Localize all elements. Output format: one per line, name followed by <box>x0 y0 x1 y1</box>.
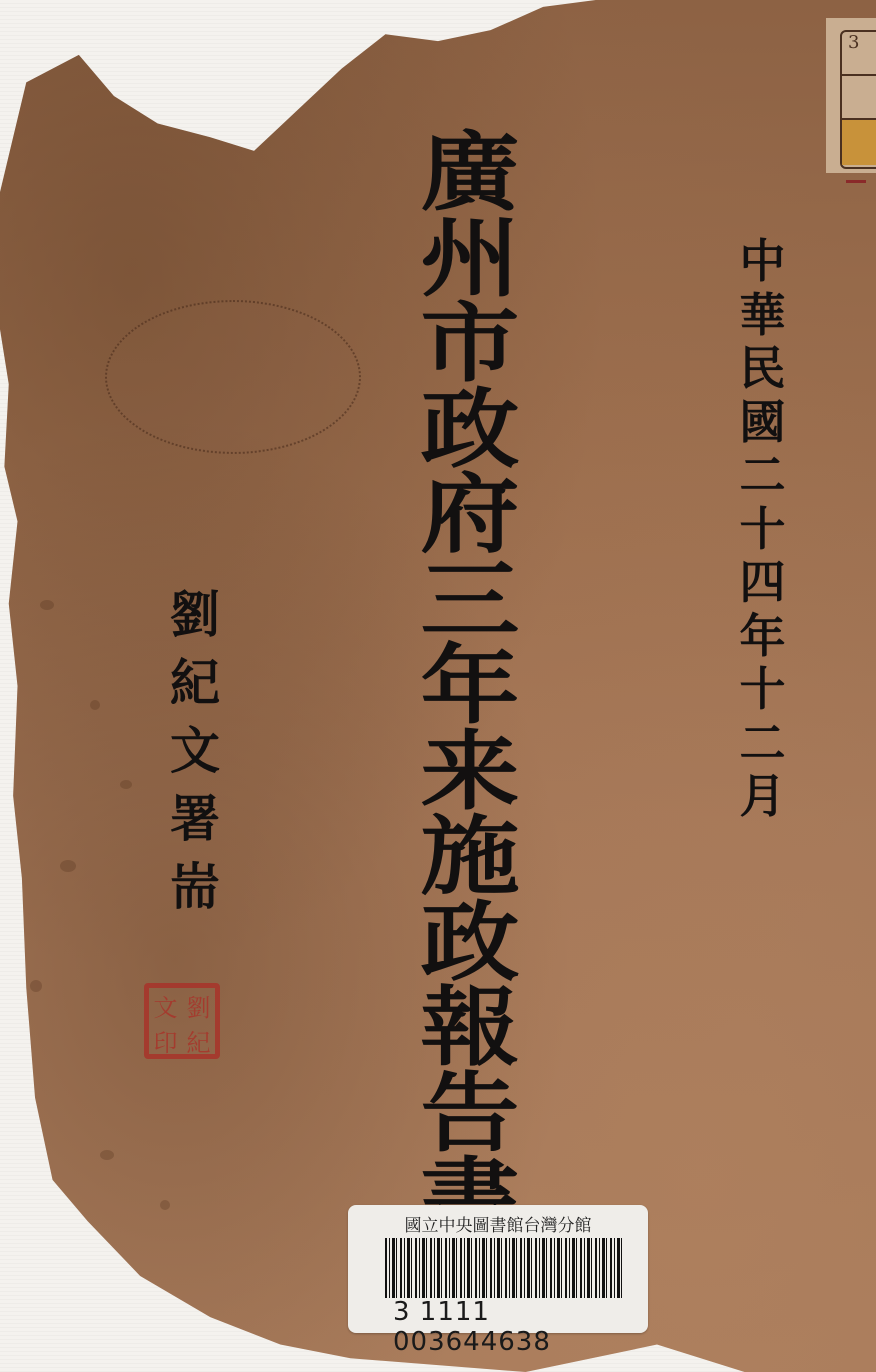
title-char: 報 <box>421 985 520 1071</box>
date-char: 華 <box>740 292 786 346</box>
library-barcode-label: 國立中央圖書館台灣分館 3 1111 003644638 <box>348 1205 648 1333</box>
tag-cell <box>842 76 876 120</box>
author-char: 劉 <box>170 590 220 658</box>
title-char: 告 <box>421 1071 520 1157</box>
stain <box>30 980 42 992</box>
title-char: 政 <box>421 900 520 986</box>
date-char: 十 <box>740 506 786 560</box>
stain <box>160 1200 170 1210</box>
title-char: 州 <box>421 216 520 302</box>
red-seal-stamp: 文 劉 印 紀 <box>144 983 220 1059</box>
author-char: 耑 <box>170 862 220 930</box>
book-title: 廣 州 市 政 府 三 年 来 施 政 報 告 書 <box>390 130 550 1242</box>
barcode-number: 3 1111 003644638 <box>393 1297 648 1357</box>
stain <box>90 700 100 710</box>
title-char: 府 <box>421 472 520 558</box>
title-char: 施 <box>421 814 520 900</box>
date-char: 國 <box>740 399 786 453</box>
date-char: 四 <box>740 559 786 613</box>
red-mark <box>846 180 866 183</box>
seal-char: 印 <box>149 1023 182 1058</box>
barcode-icon <box>385 1238 625 1298</box>
date-char: 月 <box>740 773 786 827</box>
stain <box>100 1150 114 1160</box>
date-char: 十 <box>740 666 786 720</box>
date-char: 民 <box>740 345 786 399</box>
title-char: 三 <box>421 558 520 644</box>
title-char: 政 <box>421 387 520 473</box>
author-char: 署 <box>170 794 220 862</box>
seal-char: 劉 <box>182 988 215 1023</box>
title-char: 市 <box>421 301 520 387</box>
author-char: 文 <box>170 726 220 794</box>
corner-library-tag: 3 <box>826 18 876 173</box>
author-char: 紀 <box>170 658 220 726</box>
title-char: 来 <box>421 729 520 815</box>
title-char: 年 <box>421 643 520 729</box>
tag-box: 3 <box>840 30 876 169</box>
stain <box>40 600 54 610</box>
stain <box>60 860 76 872</box>
faded-oval-stamp <box>105 300 361 454</box>
tag-number: 3 <box>842 32 876 76</box>
seal-char: 紀 <box>182 1023 215 1058</box>
date-char: 年 <box>740 613 786 667</box>
library-name: 國立中央圖書館台灣分館 <box>348 1211 648 1236</box>
date-char: 二 <box>740 720 786 774</box>
tag-cell-colored <box>842 120 876 165</box>
stain <box>120 780 132 789</box>
publication-date: 中 華 民 國 二 十 四 年 十 二 月 <box>715 238 810 827</box>
title-char: 廣 <box>421 130 520 216</box>
author-inscription: 劉 紀 文 署 耑 <box>150 590 240 930</box>
seal-char: 文 <box>149 988 182 1023</box>
date-char: 中 <box>740 238 786 292</box>
date-char: 二 <box>740 452 786 506</box>
